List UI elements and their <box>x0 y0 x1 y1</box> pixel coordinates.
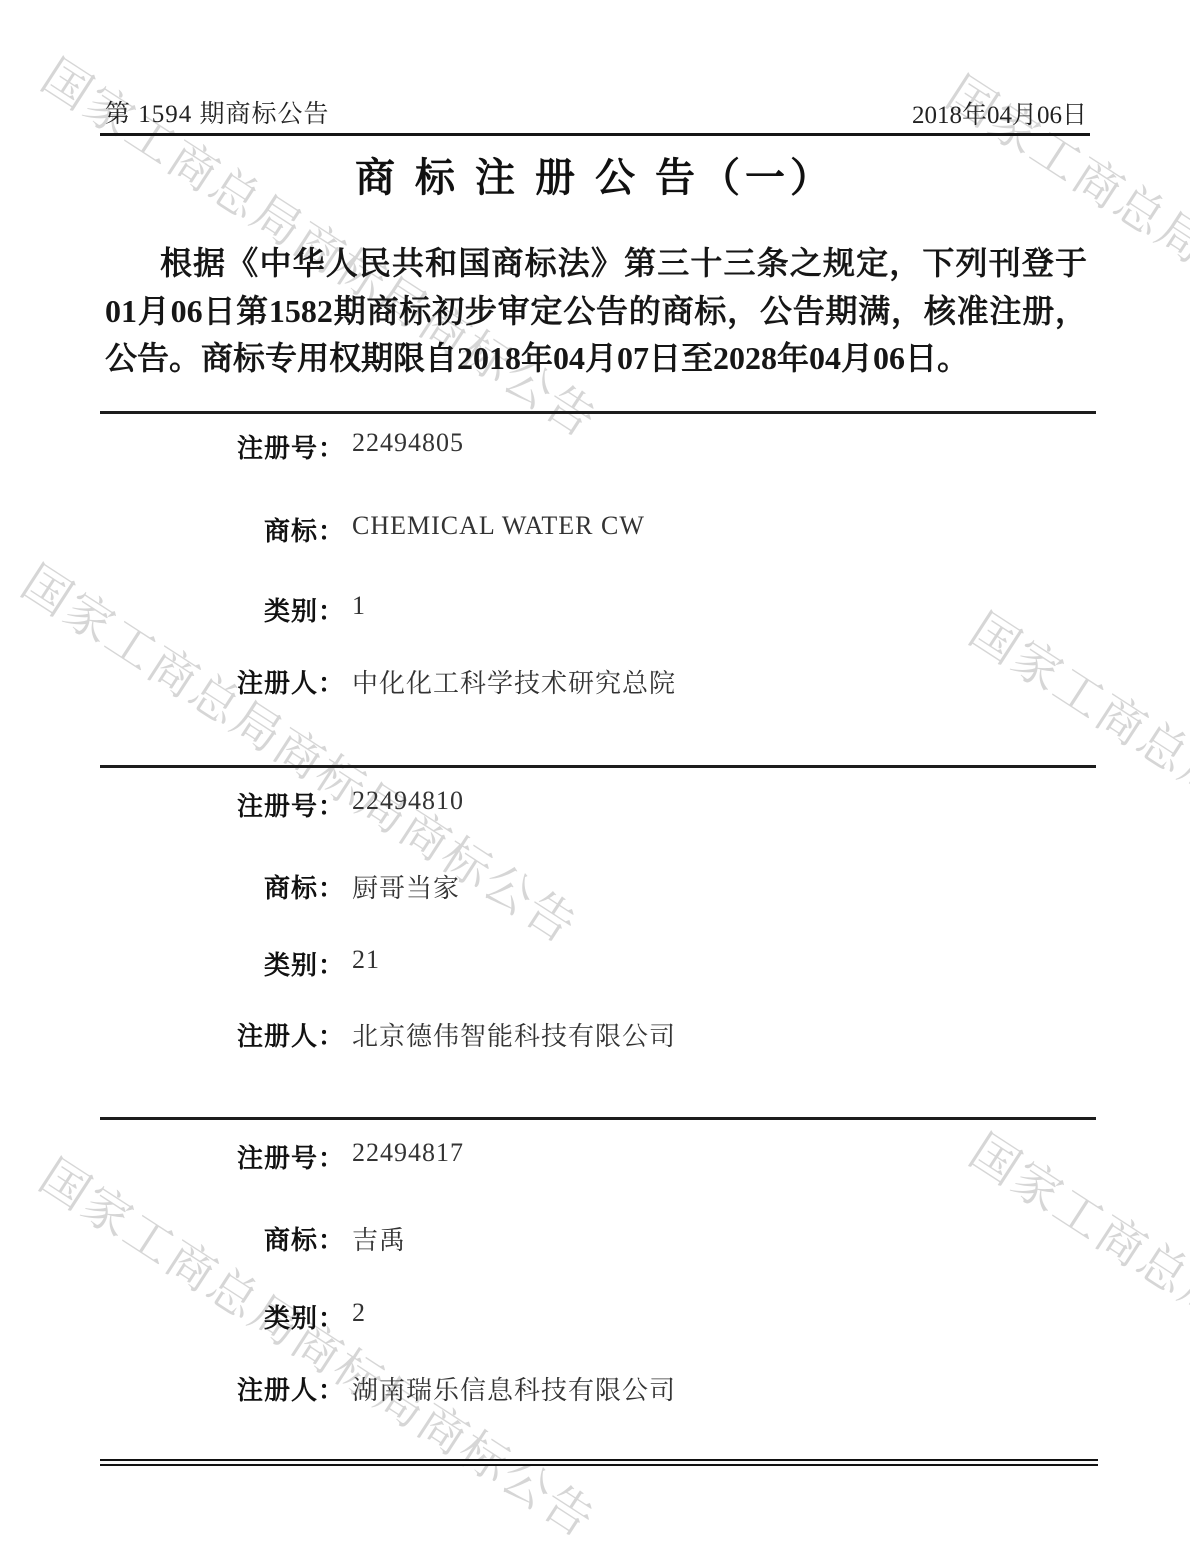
field-label-trademark: 商标： <box>100 868 345 905</box>
class-value: 2 <box>352 1298 1052 1328</box>
field-label-trademark: 商标： <box>100 1220 345 1257</box>
reg-no-value: 22494817 <box>352 1138 1052 1168</box>
header-date: 2018年04月06日 <box>912 95 1087 131</box>
section-divider <box>100 1117 1096 1120</box>
field-label-registrant: 注册人： <box>100 1370 345 1407</box>
field-label-reg-no: 注册号： <box>100 786 345 823</box>
header-rule <box>100 133 1090 136</box>
class-value: 21 <box>352 945 1052 975</box>
field-label-class: 类别： <box>100 591 345 628</box>
section-divider <box>100 411 1096 414</box>
field-label-class: 类别： <box>100 945 345 982</box>
bottom-rule <box>100 1459 1098 1466</box>
field-label-class: 类别： <box>100 1298 345 1335</box>
issue-label: 第 1594 期商标公告 <box>105 94 330 130</box>
section-divider <box>100 765 1096 768</box>
reg-no-value: 22494810 <box>352 786 1052 816</box>
class-value: 1 <box>352 591 1052 621</box>
intro-line: 公告。商标专用权期限自2018年04月07日至2028年04月06日。 <box>105 335 1087 383</box>
page-title: 商 标 注 册 公 告（一） <box>0 146 1190 203</box>
field-label-registrant: 注册人： <box>100 663 345 700</box>
trademark-value: 厨哥当家 <box>352 868 1052 905</box>
intro-line: 01月06日第1582期商标初步审定公告的商标，公告期满，核准注册，予以 <box>105 288 1087 336</box>
registrant-value: 中化化工科学技术研究总院 <box>352 663 1052 700</box>
trademark-value: 吉禹 <box>352 1220 1052 1257</box>
field-label-reg-no: 注册号： <box>100 428 345 465</box>
field-label-trademark: 商标： <box>100 511 345 548</box>
registrant-value: 湖南瑞乐信息科技有限公司 <box>352 1370 1052 1407</box>
field-label-reg-no: 注册号： <box>100 1138 345 1175</box>
watermark-text: 国家工商总局商标局商标公告 <box>28 1139 611 1551</box>
intro-paragraph: 根据《中华人民共和国商标法》第三十三条之规定，下列刊登于2018年 01月06日… <box>105 240 1087 383</box>
registrant-value: 北京德伟智能科技有限公司 <box>352 1016 1052 1053</box>
intro-line: 根据《中华人民共和国商标法》第三十三条之规定，下列刊登于2018年 <box>105 240 1087 288</box>
gazette-page: 国家工商总局商标局商标公告 国家工商总局商标局商标公告 国家工商总局商标局商标公… <box>0 0 1190 1564</box>
field-label-registrant: 注册人： <box>100 1016 345 1053</box>
trademark-value: CHEMICAL WATER CW <box>352 511 1052 541</box>
reg-no-value: 22494805 <box>352 428 1052 458</box>
